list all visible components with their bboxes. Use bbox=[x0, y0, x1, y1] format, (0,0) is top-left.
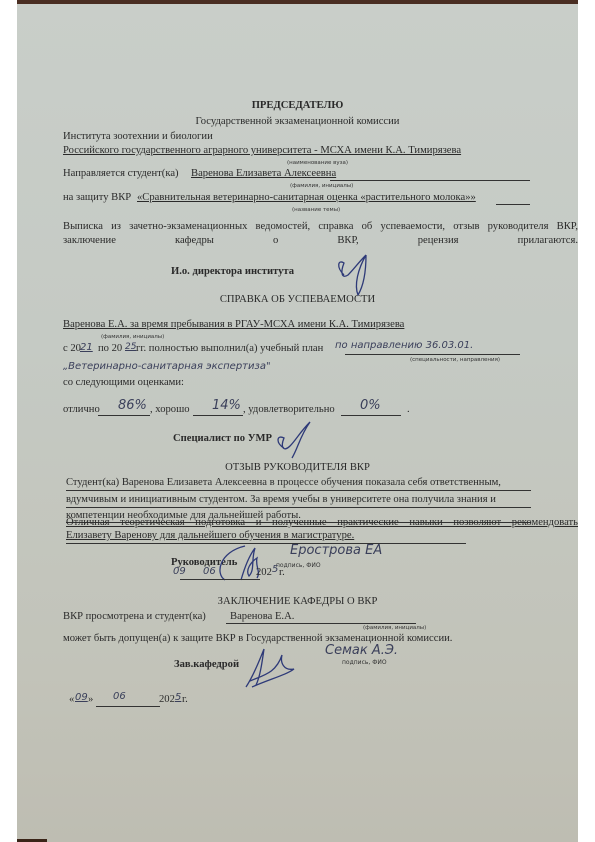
department-head-title: Зав.кафедрой bbox=[174, 659, 239, 671]
conclusion-date-year-digit: 5 bbox=[175, 692, 181, 703]
review-line-2: вдумчивым и инициативным студентом. За в… bbox=[66, 494, 496, 506]
conclusion-student-underline bbox=[226, 623, 416, 624]
grade-good-value: 14% bbox=[212, 398, 241, 413]
department-head-signature bbox=[240, 645, 300, 690]
review-line-1: Студент(ка) Варенова Елизавета Алексеевн… bbox=[66, 477, 501, 489]
supervisor-date-year-digit: 5 bbox=[272, 564, 278, 575]
specialty-direction-hw: по направлению 36.03.01. bbox=[335, 340, 473, 351]
review-underline-1 bbox=[66, 490, 531, 491]
review-paragraph-2-line-1: Отличная теоретическая подготовка и полу… bbox=[66, 517, 578, 529]
supervisor-date-month: 06 bbox=[203, 566, 216, 577]
performance-student-caption: (фамилия, инициалы) bbox=[101, 334, 164, 340]
conclusion-date-year-prefix: 202 bbox=[159, 694, 175, 706]
topic-caption: (название темы) bbox=[292, 207, 340, 213]
specialty-underline bbox=[345, 354, 520, 355]
student-prefix: Направляется студент(ка) bbox=[63, 168, 179, 180]
student-name: Варенова Елизавета Алексеевна bbox=[191, 168, 336, 180]
review-underline-2 bbox=[66, 507, 531, 508]
conclusion-student: Варенова Е.А. bbox=[230, 611, 294, 623]
conclusion-date-underline bbox=[96, 706, 160, 707]
grade-good-underline bbox=[193, 415, 243, 416]
student-caption: (фамилия, инициалы) bbox=[290, 183, 353, 189]
grades-intro: со следующими оценками: bbox=[63, 377, 184, 389]
university-caption: (наименование вуза) bbox=[287, 160, 348, 166]
topic-prefix: на защиту ВКР bbox=[63, 192, 131, 204]
student-underline bbox=[330, 180, 530, 181]
grade-excellent-value: 86% bbox=[118, 398, 147, 413]
period-from-year: 21 bbox=[80, 342, 93, 353]
director-title: И.о. директора института bbox=[171, 266, 294, 278]
supervisor-date-year-prefix: 202 bbox=[256, 567, 272, 579]
university-name: Российского государственного аграрного у… bbox=[63, 145, 461, 157]
attachments-text: Выписка из зачетно-экзаменационных ведом… bbox=[63, 220, 578, 248]
grade-good-label: , хорошо bbox=[150, 404, 190, 416]
department-head-name-hw: Семак А.Э. bbox=[325, 643, 398, 658]
thesis-topic: «Сравнительная ветеринарно-санитарная оц… bbox=[137, 192, 476, 204]
grade-excellent-label: отлично bbox=[63, 404, 100, 416]
conclusion-date-open: « bbox=[69, 694, 74, 706]
period-from-prefix: с 20 bbox=[63, 343, 81, 355]
grade-excellent-underline bbox=[98, 415, 150, 416]
umr-specialist-signature bbox=[270, 418, 320, 460]
supervisor-name-hw: Ерострова ЕА bbox=[290, 543, 382, 558]
grade-satisfactory-value: 0% bbox=[360, 398, 381, 413]
conclusion-date-suffix: г. bbox=[182, 694, 188, 706]
conclusion-date-month: 06 bbox=[113, 691, 126, 702]
period-to-year: 25 bbox=[125, 342, 136, 352]
grades-end-mark: . bbox=[407, 404, 410, 416]
page-top-edge bbox=[17, 0, 578, 4]
specialty-caption: (специальности, направления) bbox=[410, 357, 500, 363]
supervisor-date-suffix: г. bbox=[279, 567, 285, 579]
conclusion-date-day: 09 bbox=[75, 692, 88, 703]
performance-student-line: Варенова Е.А. за время пребывания в РГАУ… bbox=[63, 319, 404, 331]
period-to-prefix: по 20 bbox=[98, 343, 122, 355]
supervisor-date-day: 09 bbox=[173, 566, 186, 577]
supervisor-date-underline bbox=[180, 579, 260, 580]
institute-name: Института зоотехнии и биологии bbox=[63, 131, 213, 143]
umr-specialist-title: Специалист по УМР bbox=[173, 433, 272, 445]
conclusion-student-caption: (фамилия, инициалы) bbox=[363, 625, 426, 631]
period-suffix: гг. полностью выполнил(а) учебный план bbox=[136, 343, 323, 355]
addressee-heading: ПРЕДСЕДАТЕЛЮ bbox=[17, 100, 578, 112]
commission-name: Государственной экзаменационной комиссии bbox=[17, 116, 578, 128]
review-title: ОТЗЫВ РУКОВОДИТЕЛЯ ВКР bbox=[17, 462, 578, 474]
conclusion-date-close: » bbox=[88, 694, 93, 706]
specialty-name-hw: „Ветеринарно-санитарная экспертиза" bbox=[63, 361, 271, 372]
performance-title: СПРАВКА ОБ УСПЕВАЕМОСТИ bbox=[17, 294, 578, 306]
topic-underline bbox=[496, 204, 530, 205]
director-signature bbox=[330, 245, 380, 300]
department-head-signature-caption: подпись, ФИО bbox=[342, 659, 387, 666]
grade-satisfactory-label: , удовлетворительно bbox=[243, 404, 335, 416]
grade-satisfactory-underline bbox=[341, 415, 401, 416]
conclusion-title: ЗАКЛЮЧЕНИЕ КАФЕДРЫ О ВКР bbox=[17, 596, 578, 608]
conclusion-prefix: ВКР просмотрена и студент(ка) bbox=[63, 611, 206, 623]
